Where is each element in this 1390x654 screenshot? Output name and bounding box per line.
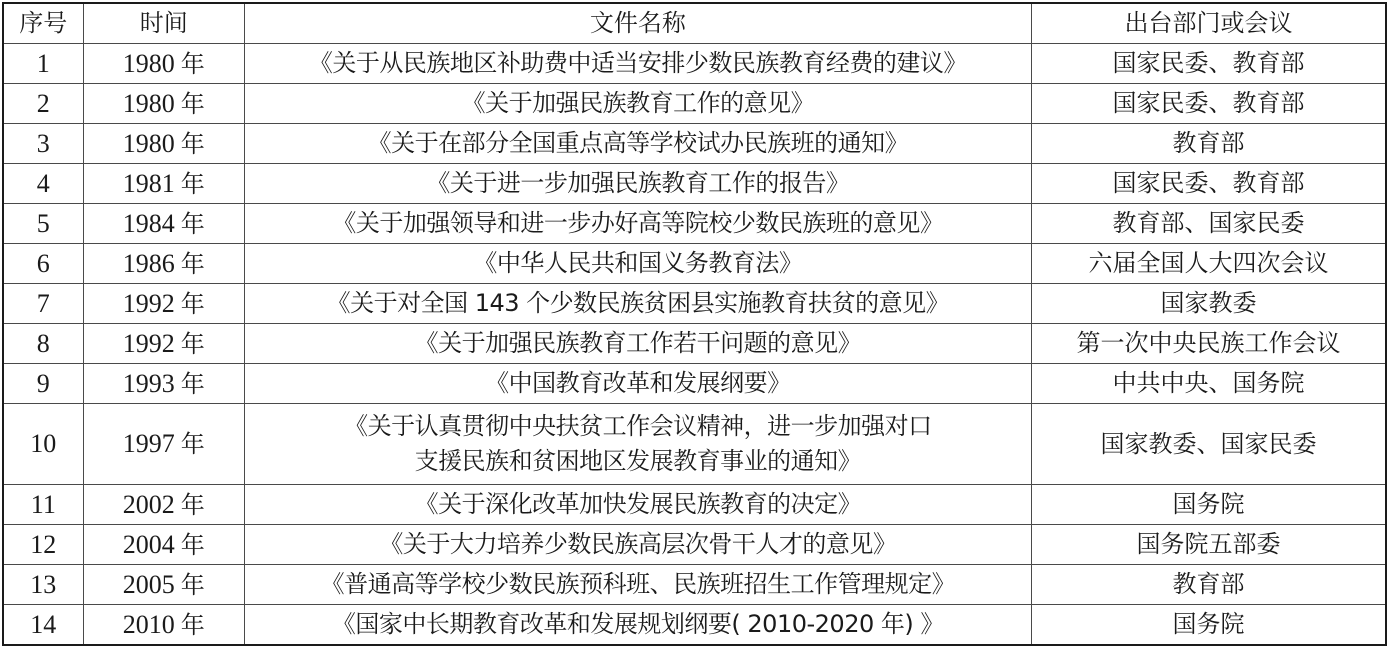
- header-issuer: 出台部门或会议: [1031, 3, 1386, 44]
- row-title: 《关于在部分全国重点高等学校试办民族班的通知》: [244, 124, 1031, 164]
- row-title: 《国家中长期教育改革和发展规划纲要( 2010-2020 年) 》: [244, 605, 1031, 646]
- header-time: 时间: [83, 3, 244, 44]
- row-issuer: 教育部: [1031, 565, 1386, 605]
- row-time: 1980年: [83, 44, 244, 84]
- year-value: 1992: [123, 329, 175, 358]
- table-row: 8 1992年 《关于加强民族教育工作若干问题的意见》 第一次中央民族工作会议: [3, 324, 1386, 364]
- table-row: 1 1980年 《关于从民族地区补助费中适当安排少数民族教育经费的建议》 国家民…: [3, 44, 1386, 84]
- year-value: 2004: [123, 530, 175, 559]
- header-no: 序号: [3, 3, 83, 44]
- row-title: 《关于加强民族教育工作的意见》: [244, 84, 1031, 124]
- row-issuer: 国家民委、教育部: [1031, 164, 1386, 204]
- row-title: 《关于加强民族教育工作若干问题的意见》: [244, 324, 1031, 364]
- table-row: 14 2010年 《国家中长期教育改革和发展规划纲要( 2010-2020 年)…: [3, 605, 1386, 646]
- year-value: 1981: [123, 169, 175, 198]
- year-unit: 年: [181, 491, 205, 519]
- row-title: 《关于从民族地区补助费中适当安排少数民族教育经费的建议》: [244, 44, 1031, 84]
- row-no: 1: [3, 44, 83, 84]
- row-time: 1992年: [83, 284, 244, 324]
- row-title: 《中华人民共和国义务教育法》: [244, 244, 1031, 284]
- policy-documents-table: 序号 时间 文件名称 出台部门或会议 1 1980年 《关于从民族地区补助费中适…: [2, 2, 1387, 646]
- row-no: 14: [3, 605, 83, 646]
- row-time: 1981年: [83, 164, 244, 204]
- row-title: 《关于加强领导和进一步办好高等院校少数民族班的意见》: [244, 204, 1031, 244]
- table-row: 3 1980年 《关于在部分全国重点高等学校试办民族班的通知》 教育部: [3, 124, 1386, 164]
- row-issuer: 教育部: [1031, 124, 1386, 164]
- row-title: 《关于对全国 143 个少数民族贫困县实施教育扶贫的意见》: [244, 284, 1031, 324]
- year-value: 2010: [123, 610, 175, 639]
- row-title: 《关于大力培养少数民族高层次骨干人才的意见》: [244, 525, 1031, 565]
- year-value: 1980: [123, 129, 175, 158]
- row-no: 7: [3, 284, 83, 324]
- year-unit: 年: [181, 50, 205, 78]
- year-unit: 年: [181, 611, 205, 639]
- row-title: 《关于认真贯彻中央扶贫工作会议精神，进一步加强对口 支援民族和贫困地区发展教育事…: [244, 404, 1031, 485]
- year-unit: 年: [181, 210, 205, 238]
- table-row: 7 1992年 《关于对全国 143 个少数民族贫困县实施教育扶贫的意见》 国家…: [3, 284, 1386, 324]
- row-title: 《关于深化改革加快发展民族教育的决定》: [244, 485, 1031, 525]
- row-no: 9: [3, 364, 83, 404]
- row-no: 13: [3, 565, 83, 605]
- header-title: 文件名称: [244, 3, 1031, 44]
- row-issuer: 国家民委、教育部: [1031, 44, 1386, 84]
- table-row: 10 1997年 《关于认真贯彻中央扶贫工作会议精神，进一步加强对口 支援民族和…: [3, 404, 1386, 485]
- year-value: 1993: [123, 369, 175, 398]
- row-time: 1984年: [83, 204, 244, 244]
- row-time: 1992年: [83, 324, 244, 364]
- year-unit: 年: [181, 571, 205, 599]
- table-row: 12 2004年 《关于大力培养少数民族高层次骨干人才的意见》 国务院五部委: [3, 525, 1386, 565]
- row-time: 1980年: [83, 84, 244, 124]
- row-time: 2004年: [83, 525, 244, 565]
- row-no: 6: [3, 244, 83, 284]
- year-value: 1992: [123, 289, 175, 318]
- row-issuer: 第一次中央民族工作会议: [1031, 324, 1386, 364]
- year-unit: 年: [181, 250, 205, 278]
- year-unit: 年: [181, 90, 205, 118]
- table-header-row: 序号 时间 文件名称 出台部门或会议: [3, 3, 1386, 44]
- row-issuer: 国务院: [1031, 605, 1386, 646]
- year-unit: 年: [181, 370, 205, 398]
- table-row: 13 2005年 《普通高等学校少数民族预科班、民族班招生工作管理规定》 教育部: [3, 565, 1386, 605]
- row-issuer: 六届全国人大四次会议: [1031, 244, 1386, 284]
- year-value: 1997: [123, 429, 175, 458]
- row-no: 5: [3, 204, 83, 244]
- row-no: 10: [3, 404, 83, 485]
- row-issuer: 国家教委: [1031, 284, 1386, 324]
- row-issuer: 国务院五部委: [1031, 525, 1386, 565]
- row-issuer: 国务院: [1031, 485, 1386, 525]
- year-value: 1984: [123, 209, 175, 238]
- row-title: 《普通高等学校少数民族预科班、民族班招生工作管理规定》: [244, 565, 1031, 605]
- year-unit: 年: [181, 531, 205, 559]
- table-row: 11 2002年 《关于深化改革加快发展民族教育的决定》 国务院: [3, 485, 1386, 525]
- year-value: 1986: [123, 249, 175, 278]
- table-row: 5 1984年 《关于加强领导和进一步办好高等院校少数民族班的意见》 教育部、国…: [3, 204, 1386, 244]
- year-value: 2002: [123, 490, 175, 519]
- row-title-line-1: 《关于认真贯彻中央扶贫工作会议精神，进一步加强对口: [249, 409, 1027, 444]
- row-time: 1993年: [83, 364, 244, 404]
- row-time: 1980年: [83, 124, 244, 164]
- year-unit: 年: [181, 330, 205, 358]
- row-no: 11: [3, 485, 83, 525]
- table-row: 9 1993年 《中国教育改革和发展纲要》 中共中央、国务院: [3, 364, 1386, 404]
- row-time: 2005年: [83, 565, 244, 605]
- row-title-line-2: 支援民族和贫困地区发展教育事业的通知》: [249, 444, 1027, 479]
- row-issuer: 中共中央、国务院: [1031, 364, 1386, 404]
- row-issuer: 国家民委、教育部: [1031, 84, 1386, 124]
- row-time: 1986年: [83, 244, 244, 284]
- table-row: 2 1980年 《关于加强民族教育工作的意见》 国家民委、教育部: [3, 84, 1386, 124]
- row-time: 2010年: [83, 605, 244, 646]
- row-no: 3: [3, 124, 83, 164]
- table-row: 6 1986年 《中华人民共和国义务教育法》 六届全国人大四次会议: [3, 244, 1386, 284]
- year-unit: 年: [181, 290, 205, 318]
- year-value: 2005: [123, 570, 175, 599]
- row-issuer: 国家教委、国家民委: [1031, 404, 1386, 485]
- row-time: 2002年: [83, 485, 244, 525]
- year-unit: 年: [181, 170, 205, 198]
- year-value: 1980: [123, 49, 175, 78]
- row-no: 8: [3, 324, 83, 364]
- year-unit: 年: [181, 130, 205, 158]
- row-title: 《关于进一步加强民族教育工作的报告》: [244, 164, 1031, 204]
- year-unit: 年: [181, 430, 205, 458]
- table-row: 4 1981年 《关于进一步加强民族教育工作的报告》 国家民委、教育部: [3, 164, 1386, 204]
- row-no: 2: [3, 84, 83, 124]
- row-no: 12: [3, 525, 83, 565]
- row-issuer: 教育部、国家民委: [1031, 204, 1386, 244]
- row-time: 1997年: [83, 404, 244, 485]
- row-title: 《中国教育改革和发展纲要》: [244, 364, 1031, 404]
- row-no: 4: [3, 164, 83, 204]
- year-value: 1980: [123, 89, 175, 118]
